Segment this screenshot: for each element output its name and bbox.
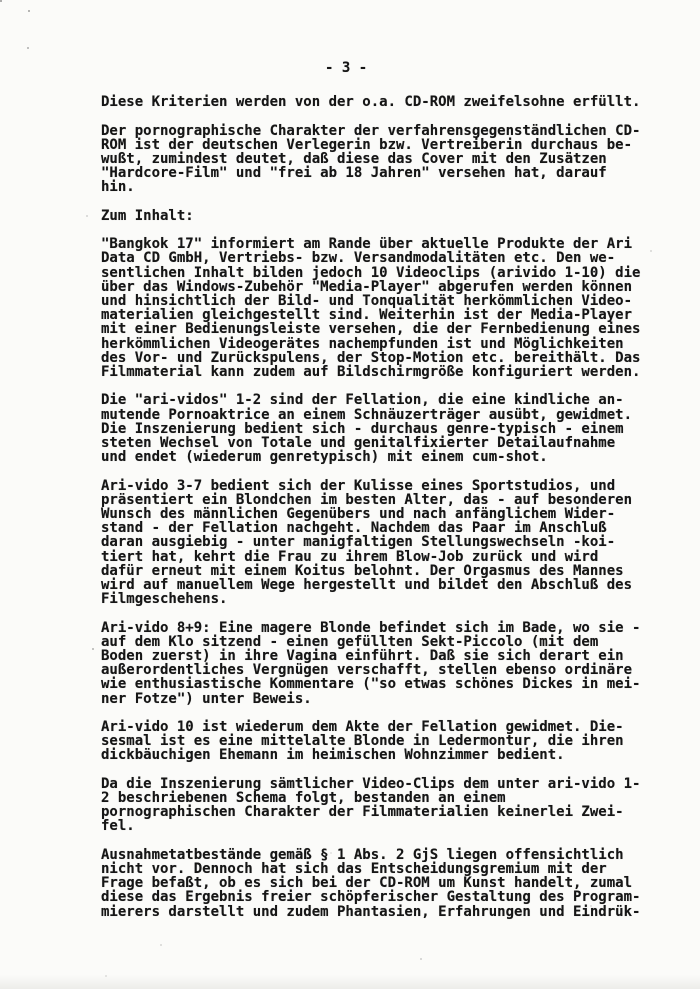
scanned-document-page: - 3 - Diese Kriterien werden von der o.a…	[0, 0, 700, 989]
paragraph-arivido-3-7: Ari-vido 3-7 bedient sich der Kulisse ei…	[101, 479, 667, 607]
paragraph-exception-kunst: Ausnahmetatbestände gemäß § 1 Abs. 2 GjS…	[101, 848, 667, 919]
scan-bottom-shadow	[0, 975, 700, 989]
page-number: - 3 -	[101, 61, 667, 75]
paragraph-criteria-fulfilled: Diese Kriterien werden von der o.a. CD-R…	[101, 95, 667, 109]
document-body: - 3 - Diese Kriterien werden von der o.a…	[101, 61, 667, 933]
paragraph-arivido-8-9: Ari-vido 8+9: Eine magere Blonde befinde…	[101, 621, 667, 706]
paragraph-arivido-10: Ari-vido 10 ist wiederum dem Akte der Fe…	[101, 720, 667, 763]
paragraph-bangkok17-overview: "Bangkok 17" informiert am Rande über ak…	[101, 237, 667, 379]
paragraph-pornographic-character: Der pornographische Charakter der verfah…	[101, 124, 667, 195]
scan-speckles	[0, 0, 2, 2]
paragraph-schema-conclusion: Da die Inszenierung sämtlicher Video-Cli…	[101, 777, 667, 834]
paragraph-arivido-1-2: Die "ari-vidos" 1-2 sind der Fellation, …	[101, 393, 667, 464]
paragraph-content-heading: Zum Inhalt:	[101, 209, 667, 223]
